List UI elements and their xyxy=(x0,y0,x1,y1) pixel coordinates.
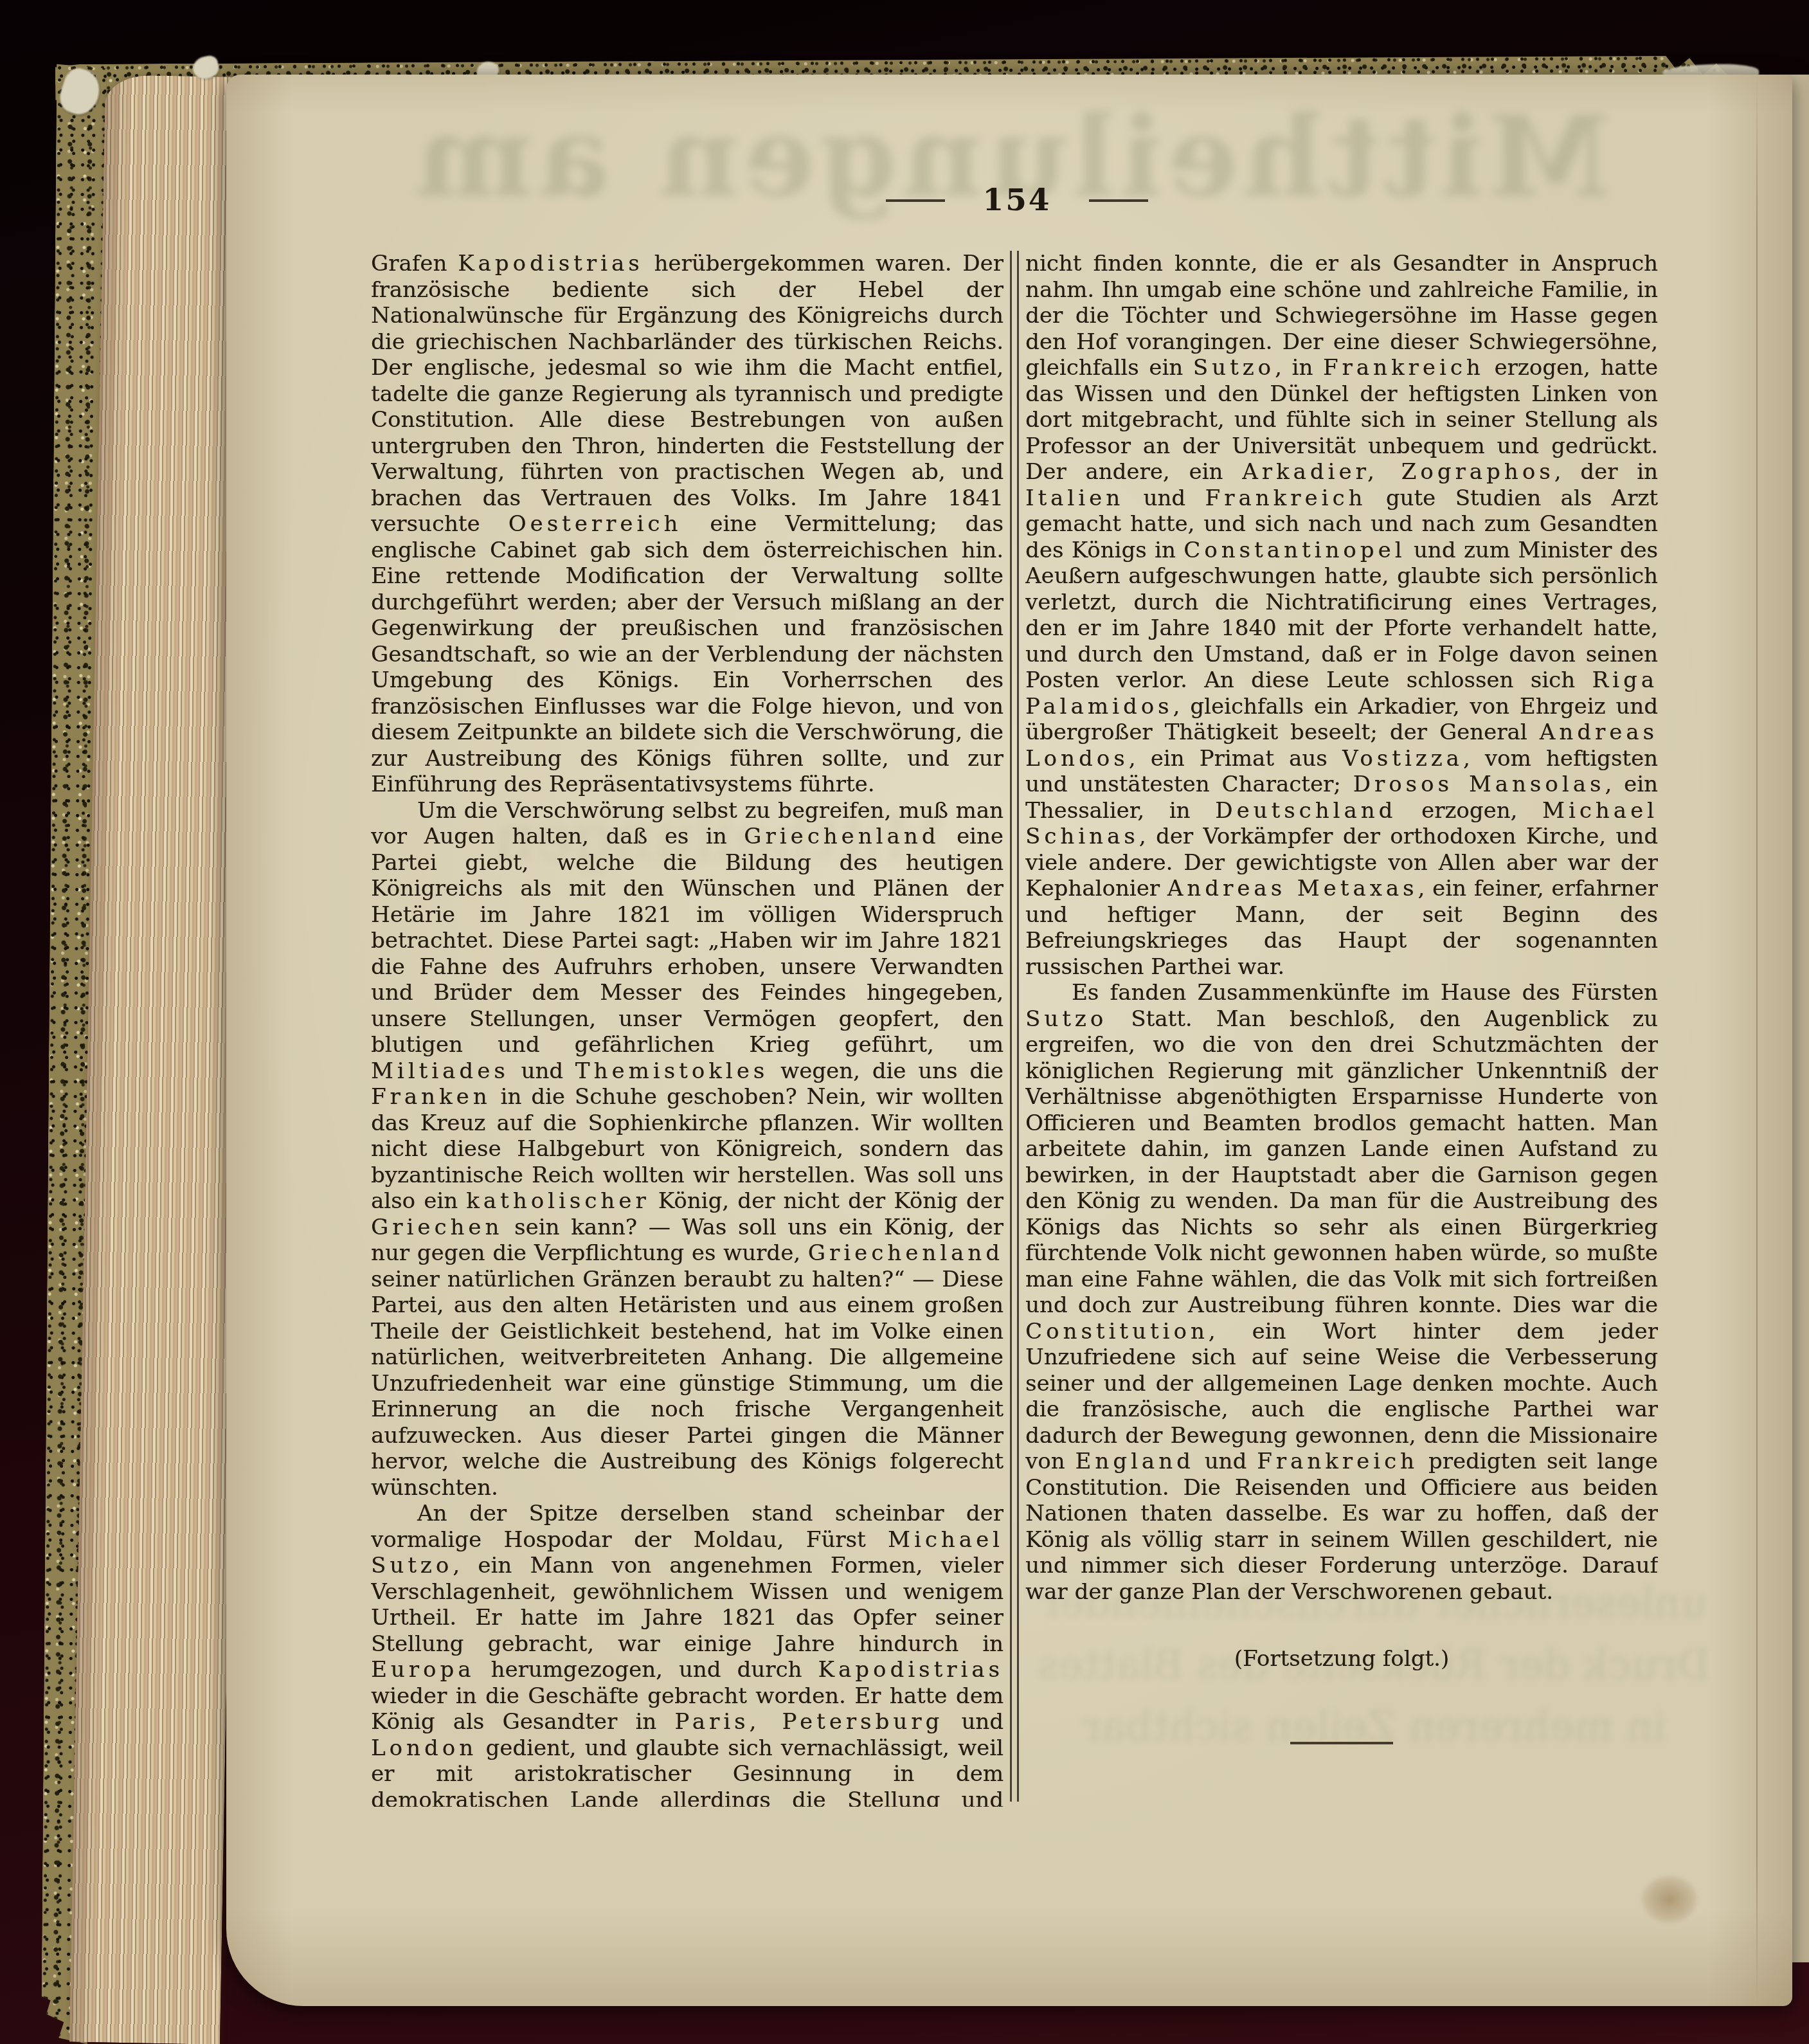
scanned-book-photo: Mittheilungen am Mittheilungen unleserli… xyxy=(0,0,1809,2044)
text-paragraph: Um die Verschwörung selbst zu begreifen,… xyxy=(371,798,1004,1501)
page-fold-line xyxy=(1756,75,1758,2006)
right-column: nicht finden konnte, die er als Gesandte… xyxy=(1025,251,1658,1807)
end-of-article-rule xyxy=(1290,1742,1393,1744)
text-paragraph: Es fanden Zusammenkünfte im Hause des Fü… xyxy=(1025,980,1658,1605)
text-paragraph: An der Spitze derselben stand scheinbar … xyxy=(371,1501,1004,1807)
header-dash-left xyxy=(886,199,945,202)
left-column: Grafen Kapodistrias herübergekommen ware… xyxy=(371,251,1004,1807)
text-paragraph: Grafen Kapodistrias herübergekommen ware… xyxy=(371,251,1004,798)
page-header: 154 xyxy=(371,183,1663,218)
column-divider-rule xyxy=(1010,251,1019,1802)
page-number: 154 xyxy=(982,183,1051,218)
header-dash-right xyxy=(1089,199,1148,202)
continuation-note: (Fortsetzung folgt.) xyxy=(1025,1646,1658,1672)
two-column-text-block: Grafen Kapodistrias herübergekommen ware… xyxy=(371,251,1663,1807)
paper-stain xyxy=(1641,1875,1698,1924)
book-page: Mittheilungen am Mittheilungen unleserli… xyxy=(226,75,1792,2006)
text-paragraph: nicht finden konnte, die er als Gesandte… xyxy=(1025,251,1658,980)
